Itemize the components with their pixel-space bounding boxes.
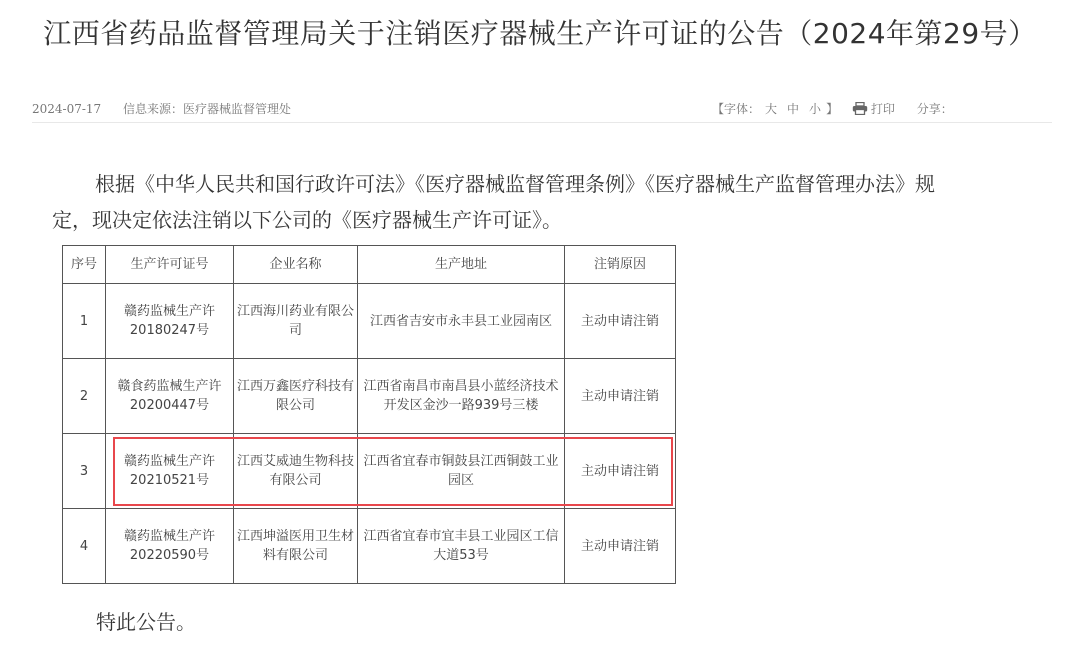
header-reason: 注销原因 (565, 246, 676, 284)
cell-no: 1 (63, 284, 106, 359)
cell-address: 江西省吉安市永丰县工业园南区 (358, 284, 565, 359)
license-line1: 赣药监械生产许 (109, 527, 230, 546)
info-source: 信息来源：医疗器械监督管理处 (123, 102, 291, 116)
publish-date: 2024-07-17 (32, 102, 101, 116)
font-size-medium[interactable]: 中 (787, 102, 799, 116)
cell-license: 赣药监械生产许20180247号 (106, 284, 234, 359)
cell-company: 江西艾威迪生物科技有限公司 (234, 434, 358, 509)
meta-tools: 【字体：大中小】 打印 分享： (712, 100, 953, 117)
closing-statement: 特此公告。 (96, 607, 196, 637)
font-size-large[interactable]: 大 (765, 102, 777, 116)
header-license: 生产许可证号 (106, 246, 234, 284)
license-cancellation-table: 序号 生产许可证号 企业名称 生产地址 注销原因 1 赣药监械生产许201802… (62, 245, 676, 584)
cell-no: 4 (63, 509, 106, 584)
font-size-bracket-close: 】 (826, 102, 838, 116)
cell-no: 2 (63, 359, 106, 434)
table-row-highlighted: 3 赣药监械生产许20210521号 江西艾威迪生物科技有限公司 江西省宜春市铜… (63, 434, 676, 509)
font-size-small[interactable]: 小 (809, 102, 821, 116)
print-label: 打印 (871, 102, 895, 116)
cell-no: 3 (63, 434, 106, 509)
license-line1: 赣药监械生产许 (109, 452, 230, 471)
table-row: 2 赣食药监械生产许20200447号 江西万鑫医疗科技有限公司 江西省南昌市南… (63, 359, 676, 434)
cell-company: 江西坤溢医用卫生材料有限公司 (234, 509, 358, 584)
cell-company: 江西海川药业有限公司 (234, 284, 358, 359)
cell-address: 江西省南昌市南昌县小蓝经济技术开发区金沙一路939号三楼 (358, 359, 565, 434)
paragraph-legal-basis: 根据《中华人民共和国行政许可法》《医疗器械监督管理条例》《医疗器械生产监督管理办… (52, 166, 1042, 202)
print-button[interactable]: 打印 (852, 102, 899, 116)
cell-reason: 主动申请注销 (565, 284, 676, 359)
cell-address: 江西省宜春市铜鼓县江西铜鼓工业园区 (358, 434, 565, 509)
table-row: 4 赣药监械生产许20220590号 江西坤溢医用卫生材料有限公司 江西省宜春市… (63, 509, 676, 584)
cell-address: 江西省宜春市宜丰县工业园区工信大道53号 (358, 509, 565, 584)
article-meta-bar: 2024-07-17 信息来源：医疗器械监督管理处 【字体：大中小】 打印 分享… (32, 96, 1052, 123)
cell-company: 江西万鑫医疗科技有限公司 (234, 359, 358, 434)
cell-reason: 主动申请注销 (565, 509, 676, 584)
share-label: 分享： (917, 102, 953, 116)
license-line2: 20200447号 (109, 396, 230, 415)
cell-license: 赣食药监械生产许20200447号 (106, 359, 234, 434)
cell-license: 赣药监械生产许20210521号 (106, 434, 234, 509)
page-title: 江西省药品监督管理局关于注销医疗器械生产许可证的公告（2024年第29号） (0, 14, 1080, 54)
font-size-label: 【字体： (712, 102, 760, 116)
cell-license: 赣药监械生产许20220590号 (106, 509, 234, 584)
table-header-row: 序号 生产许可证号 企业名称 生产地址 注销原因 (63, 246, 676, 284)
license-line2: 20220590号 (109, 546, 230, 565)
cell-reason: 主动申请注销 (565, 359, 676, 434)
cell-reason: 主动申请注销 (565, 434, 676, 509)
license-line1: 赣食药监械生产许 (109, 377, 230, 396)
header-address: 生产地址 (358, 246, 565, 284)
license-line1: 赣药监械生产许 (109, 302, 230, 321)
table-row: 1 赣药监械生产许20180247号 江西海川药业有限公司 江西省吉安市永丰县工… (63, 284, 676, 359)
printer-icon (852, 102, 868, 115)
header-company: 企业名称 (234, 246, 358, 284)
paragraph-decision: 定，现决定依法注销以下公司的《医疗器械生产许可证》。 (52, 202, 1042, 238)
license-line2: 20210521号 (109, 471, 230, 490)
meta-left: 2024-07-17 信息来源：医疗器械监督管理处 (32, 100, 309, 117)
license-line2: 20180247号 (109, 321, 230, 340)
header-no: 序号 (63, 246, 106, 284)
